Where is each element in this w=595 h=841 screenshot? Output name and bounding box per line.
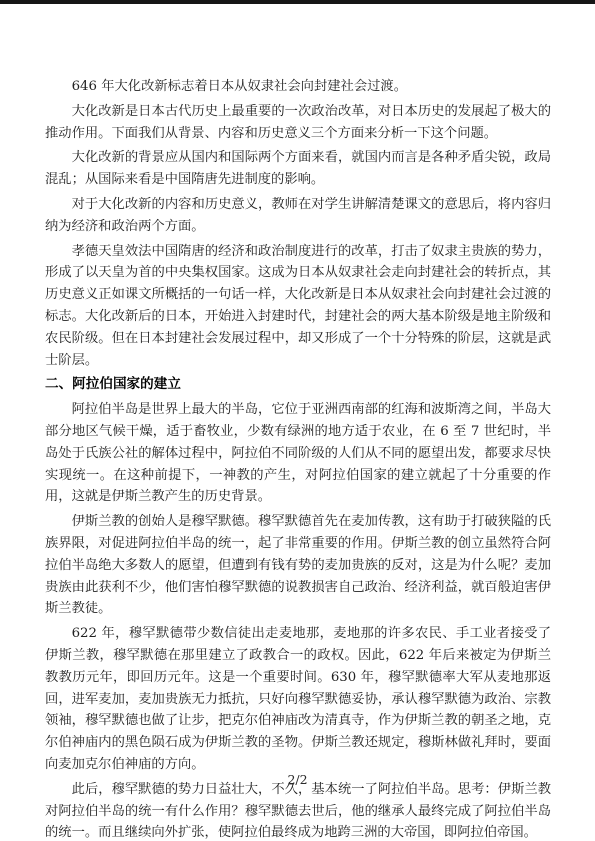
paragraph-taika-background: 大化改新的背景应从国内和国际两个方面来看，就国内而言是各种矛盾尖锐，政局混乱；从… — [45, 147, 551, 191]
window-top-edge-bar — [0, 0, 595, 4]
paragraph-muhammad-founding: 伊斯兰教的创始人是穆罕默德。穆罕默德首先在麦加传教，这有助于打破狭隘的氏族界限，… — [45, 511, 551, 620]
paragraph-taika-overview: 646 年大化改新标志着日本从奴隶社会向封建社会过渡。 — [45, 76, 551, 98]
paragraph-taika-importance: 大化改新是日本古代历史上最重要的一次政治改革，对日本历史的发展起了极大的推动作用… — [45, 101, 551, 145]
paragraph-arabian-peninsula: 阿拉伯半岛是世界上最大的半岛，它位于亚洲西南部的红海和波斯湾之间，半岛大部分地区… — [45, 399, 551, 508]
page-number: 2/2 — [0, 772, 595, 787]
paragraph-hijra-622: 622 年，穆罕默德带少数信徒出走麦地那，麦地那的许多农民、手工业者接受了伊斯兰… — [45, 623, 551, 776]
document-page: 646 年大化改新标志着日本从奴隶社会向封建社会过渡。 大化改新是日本古代历史上… — [45, 76, 551, 841]
paragraph-unification-empire: 此后，穆罕默德的势力日益壮大，不久，基本统一了阿拉伯半岛。思考：伊斯兰教对阿拉伯… — [45, 779, 551, 841]
paragraph-taika-emperor-reform: 孝德天皇效法中国隋唐的经济和政治制度进行的改革，打击了奴隶主贵族的势力，形成了以… — [45, 241, 551, 372]
paragraph-taika-content-meaning: 对于大化改新的内容和历史意义，教师在对学生讲解清楚课文的意思后，将内容归纳为经济… — [45, 194, 551, 238]
section-heading-arab-states: 二、阿拉伯国家的建立 — [45, 374, 551, 396]
